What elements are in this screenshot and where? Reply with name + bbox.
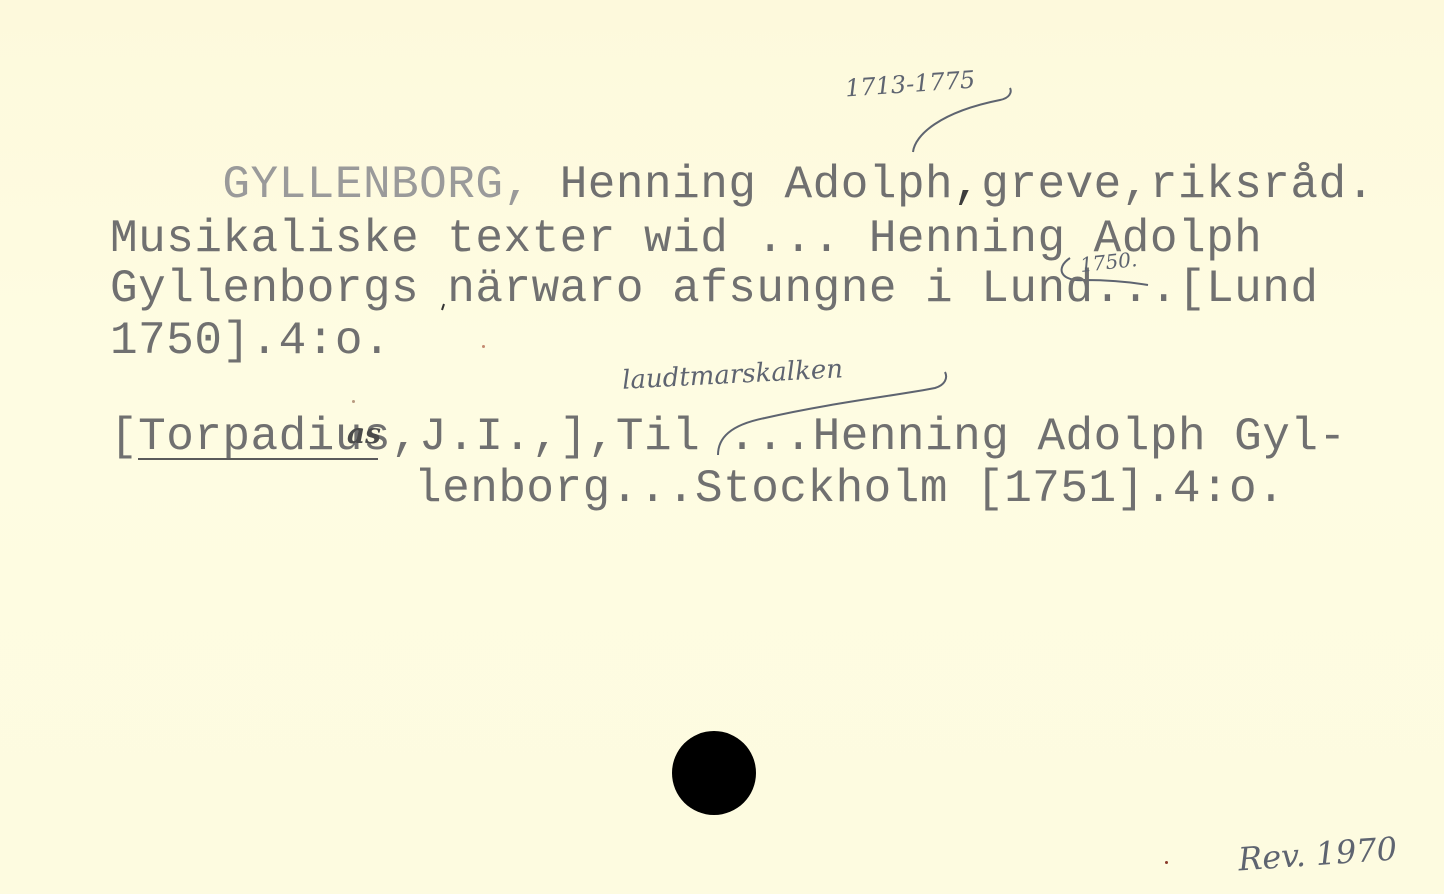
entry-1-line-2: Gyllenborgs närwaro afsungne i Lund...[L… xyxy=(110,266,1319,312)
punch-hole xyxy=(672,731,756,815)
entry-1-line-3: 1750].4:o. xyxy=(110,318,391,364)
author-surname: GYLLENBORG, xyxy=(222,159,531,211)
catalog-card: GYLLENBORG, Henning Adolph,greve,riksråd… xyxy=(0,0,1444,894)
paper-speck xyxy=(482,345,485,348)
handwritten-dates: 1713-1775 xyxy=(844,67,976,100)
entry-2-line-1: [Torpadius,J.I.,],Til ...Henning Adolph … xyxy=(110,414,1347,460)
entry-1-handwritten-date: 1750. xyxy=(1079,249,1138,275)
paper-speck xyxy=(1165,861,1168,864)
author-underline xyxy=(138,458,378,460)
paper-speck xyxy=(352,400,355,403)
author-titles: greve,riksråd. xyxy=(981,159,1374,211)
revision-note: Rev. 1970 xyxy=(1237,832,1398,875)
entry-2-correction: as xyxy=(347,420,381,448)
entry-2-handwritten-note: laudtmarskalken xyxy=(621,356,843,394)
entry-2-line-2: lenborg...Stockholm [1751].4:o. xyxy=(414,466,1285,512)
heading-separator: , xyxy=(953,159,981,211)
author-forename: Henning Adolph xyxy=(560,159,953,211)
